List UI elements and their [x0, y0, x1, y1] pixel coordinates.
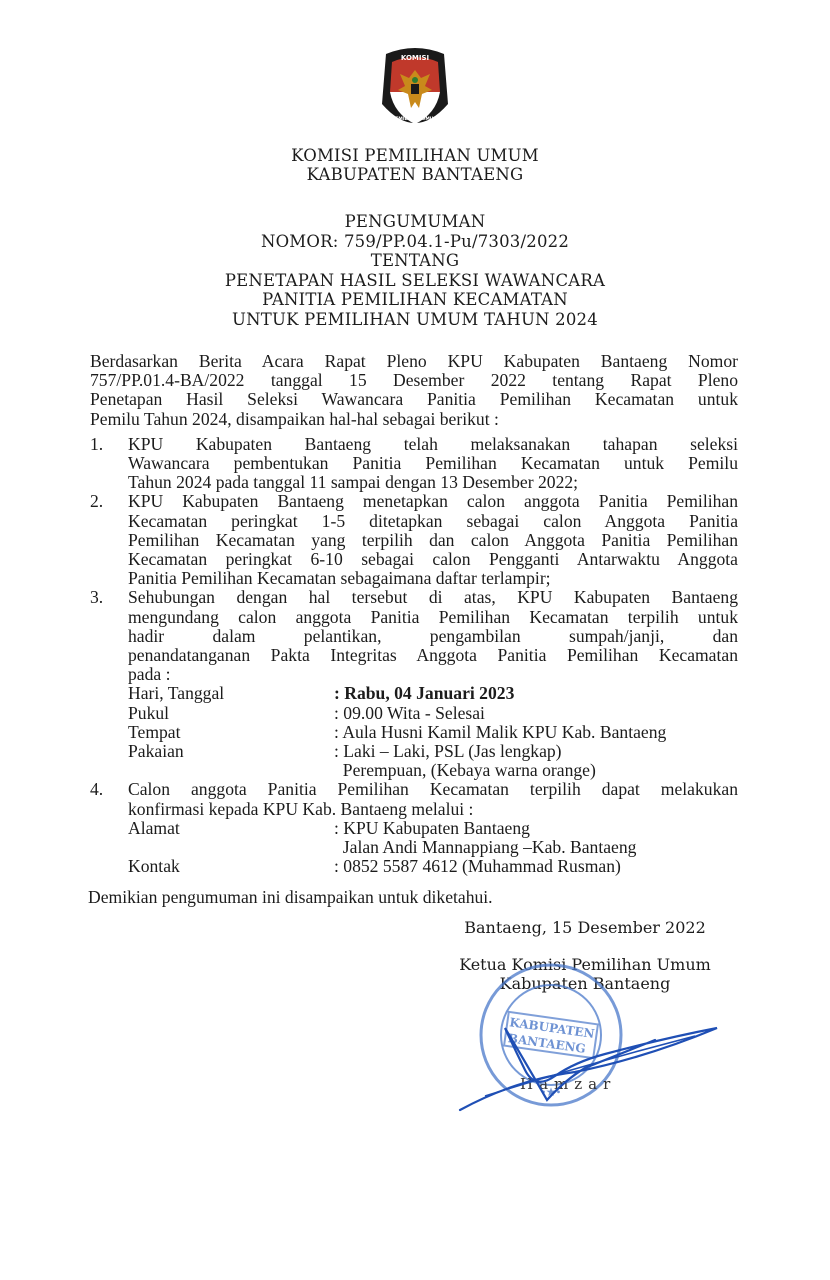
detail-key — [128, 761, 334, 780]
document-heading: PENGUMUMAN NOMOR: 759/PP.04.1-Pu/7303/20… — [0, 212, 830, 329]
institution-name: KOMISI PEMILIHAN UMUM — [0, 146, 830, 165]
detail-key: Pakaian — [128, 742, 334, 761]
detail-row-time: Pukul : 09.00 Wita - Selesai — [128, 704, 738, 723]
text-line: Pemilu Tahun 2024, disampaikan hal-hal s… — [90, 410, 738, 429]
list-item: 4. Calon anggota Panitia Pemilihan Kecam… — [90, 780, 738, 876]
text-line: Penetapan Hasil Seleksi Wawancara Paniti… — [90, 390, 738, 409]
text-line: Calon anggota Panitia Pemilihan Kecamata… — [128, 780, 738, 799]
text-line: Panitia Pemilihan Kecamatan sebagaimana … — [128, 569, 738, 588]
intro-paragraph: Berdasarkan Berita Acara Rapat Pleno KPU… — [90, 352, 738, 429]
item-number: 1. — [90, 435, 103, 454]
detail-key: Hari, Tanggal — [128, 684, 334, 703]
detail-value: : 09.00 Wita - Selesai — [334, 704, 738, 723]
item-number: 3. — [90, 588, 103, 607]
place-date: Bantaeng, 15 Desember 2022 — [440, 918, 730, 937]
closing-statement: Demikian pengumuman ini disampaikan untu… — [88, 888, 738, 907]
detail-value: : Aula Husni Kamil Malik KPU Kab. Bantae… — [334, 723, 738, 742]
detail-key: Alamat — [128, 819, 334, 838]
detail-row-address: Alamat : KPU Kabupaten Bantaeng — [128, 819, 738, 838]
text-line: KPU Kabupaten Bantaeng telah melaksanaka… — [128, 435, 738, 454]
text-line: mengundang calon anggota Panitia Pemilih… — [128, 608, 738, 627]
detail-value: Jalan Andi Mannappiang –Kab. Bantaeng — [334, 838, 738, 857]
text-line: Berdasarkan Berita Acara Rapat Pleno KPU… — [90, 352, 738, 371]
detail-value: : Rabu, 04 Januari 2023 — [334, 684, 738, 703]
doc-number: NOMOR: 759/PP.04.1-Pu/7303/2022 — [0, 232, 830, 252]
handwritten-signature-icon — [455, 1010, 725, 1120]
svg-text:KOMISI: KOMISI — [401, 54, 429, 62]
detail-key: Kontak — [128, 857, 334, 876]
svg-text:PEMILIHAN UMUM: PEMILIHAN UMUM — [392, 116, 438, 122]
detail-row-attire: Pakaian : Laki – Laki, PSL (Jas lengkap) — [128, 742, 738, 761]
detail-key: Pukul — [128, 704, 334, 723]
text-line: hadir dalam pelantikan, pengambilan sump… — [128, 627, 738, 646]
item-number: 4. — [90, 780, 103, 799]
detail-row-contact: Kontak : 0852 5587 4612 (Muhammad Rusman… — [128, 857, 738, 876]
detail-key: Tempat — [128, 723, 334, 742]
item-number: 2. — [90, 492, 103, 511]
detail-row-place: Tempat : Aula Husni Kamil Malik KPU Kab.… — [128, 723, 738, 742]
text-line: Wawancara pembentukan Panitia Pemilihan … — [128, 454, 738, 473]
text-line: Kecamatan peringkat 6-10 sebagai calon P… — [128, 550, 738, 569]
detail-key — [128, 838, 334, 857]
detail-value: : Laki – Laki, PSL (Jas lengkap) — [334, 742, 738, 761]
text-line: konfirmasi kepada KPU Kab. Bantaeng mela… — [128, 800, 738, 819]
list-item: 3. Sehubungan dengan hal tersebut di ata… — [90, 588, 738, 780]
list-item: 2. KPU Kabupaten Bantaeng menetapkan cal… — [90, 492, 738, 588]
doc-title-line: PENETAPAN HASIL SELEKSI WAWANCARA — [0, 271, 830, 291]
letterhead: KOMISI PEMILIHAN UMUM KABUPATEN BANTAENG — [0, 146, 830, 184]
numbered-list: 1. KPU Kabupaten Bantaeng telah melaksan… — [90, 435, 738, 877]
document-body: Berdasarkan Berita Acara Rapat Pleno KPU… — [90, 352, 738, 908]
detail-row-date: Hari, Tanggal : Rabu, 04 Januari 2023 — [128, 684, 738, 703]
detail-row-attire-cont: Perempuan, (Kebaya warna orange) — [128, 761, 738, 780]
doc-title-line: PANITIA PEMILIHAN KECAMATAN — [0, 290, 830, 310]
text-line: Tahun 2024 pada tanggal 11 sampai dengan… — [128, 473, 738, 492]
detail-value: : KPU Kabupaten Bantaeng — [334, 819, 738, 838]
text-line: pada : — [128, 665, 738, 684]
text-line: Pemilihan Kecamatan yang terpilih dan ca… — [128, 531, 738, 550]
text-line: penandatanganan Pakta Integritas Anggota… — [128, 646, 738, 665]
list-item: 1. KPU Kabupaten Bantaeng telah melaksan… — [90, 435, 738, 493]
kpu-logo-icon: KOMISI PEMILIHAN UMUM — [378, 44, 452, 132]
detail-value: Perempuan, (Kebaya warna orange) — [334, 761, 738, 780]
detail-value: : 0852 5587 4612 (Muhammad Rusman) — [334, 857, 738, 876]
doc-about: TENTANG — [0, 251, 830, 271]
text-line: KPU Kabupaten Bantaeng menetapkan calon … — [128, 492, 738, 511]
region-name: KABUPATEN BANTAENG — [0, 165, 830, 184]
detail-row-address-cont: Jalan Andi Mannappiang –Kab. Bantaeng — [128, 838, 738, 857]
text-line: 757/PP.01.4-BA/2022 tanggal 15 Desember … — [90, 371, 738, 390]
text-line: Kecamatan peringkat 1-5 ditetapkan sebag… — [128, 512, 738, 531]
doc-type: PENGUMUMAN — [0, 212, 830, 232]
doc-title-line: UNTUK PEMILIHAN UMUM TAHUN 2024 — [0, 310, 830, 330]
text-line: Sehubungan dengan hal tersebut di atas, … — [128, 588, 738, 607]
